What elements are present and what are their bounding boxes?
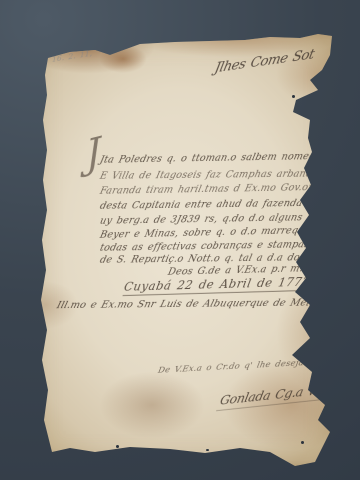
ink-blot bbox=[292, 95, 295, 98]
letter-body-line: Jta Poledres q. o ttoman.o salbem nomead… bbox=[99, 151, 357, 166]
letter-dateline: Cuyabá 22 de Abril de 1772 bbox=[123, 274, 334, 296]
ink-rubric: Jlhes Come Sot bbox=[213, 46, 316, 77]
signature: Gonlada Cg.a Wff bbox=[216, 380, 337, 411]
letter-body-line: todas as effectivas cobranças e stampas … bbox=[99, 239, 343, 254]
manuscript-paper: 16. 2. 11, Jlhes Come Sot J Jta Poledres… bbox=[30, 33, 336, 467]
letter-body-line: de S. Repartiç.o Nott.o q. tal a d.a dos… bbox=[99, 252, 354, 266]
letter-body-line: Faranda tiram haril.tmas d Ex.mo Gov.or … bbox=[99, 181, 360, 197]
paper-hole bbox=[206, 449, 209, 451]
photo-background: 16. 2. 11, Jlhes Come Sot J Jta Poledres… bbox=[0, 0, 360, 480]
pencil-note: 16. 2. 11, bbox=[52, 49, 92, 65]
paper-hole bbox=[301, 441, 304, 444]
letter-body-line: desta Capitania entre ahud da fazenda se… bbox=[99, 198, 344, 212]
letter-addressee-line: Ill.mo e Ex.mo Snr Luis de Albuquerque d… bbox=[55, 296, 360, 311]
paper-hole bbox=[162, 452, 164, 454]
letter-body-line: uy berg.a de 3J839 rs, q.do d.o alguns c… bbox=[99, 212, 356, 227]
letter-body-line: E Villa de Itagoseis faz Camphas arbanca… bbox=[99, 168, 353, 182]
paper-hole bbox=[116, 445, 119, 448]
opening-initial-flourish: J bbox=[85, 129, 102, 178]
letter-body-line: Beyer e Minas, sobre q. o d.o marrequeri… bbox=[99, 224, 357, 241]
letter-valediction: De V.Ex.a o Cr.do q' lhe deseja s. bbox=[157, 358, 317, 376]
